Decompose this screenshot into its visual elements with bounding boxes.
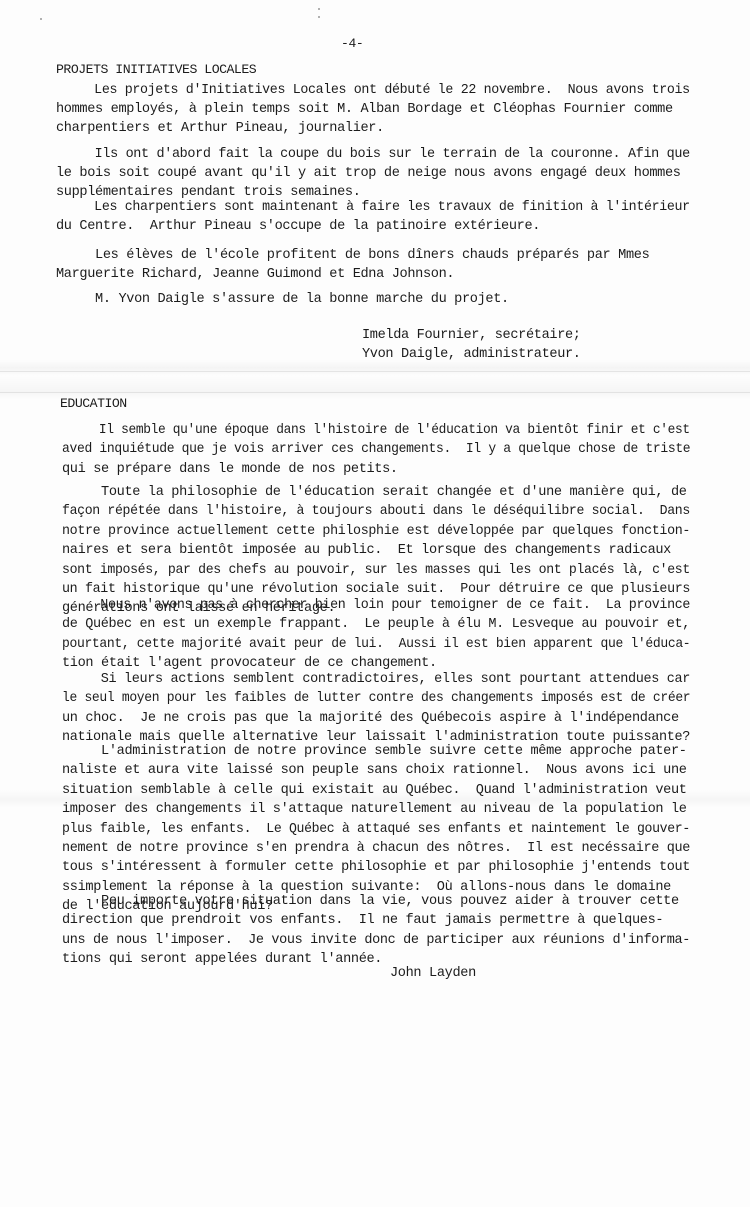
- section-heading: EDUCATION: [60, 396, 127, 412]
- paragraph-line: Il semble qu'une époque dans l'histoire …: [62, 423, 690, 439]
- signature-line: John Layden: [390, 966, 476, 982]
- paragraph-line: aved inquiétude que je vois arriver ces …: [62, 442, 690, 458]
- paragraph-line: supplémentaires pendant trois semaines.: [56, 185, 361, 201]
- paragraph-line: tion était l'agent provocateur de ce cha…: [62, 656, 437, 672]
- paragraph-line: le seul moyen pour les faibles de lutter…: [62, 691, 690, 707]
- paragraph-line: nement de notre province s'en prendra à …: [62, 841, 690, 857]
- paragraph-line: uns de nous l'imposer. Je vous invite do…: [62, 933, 690, 949]
- paragraph-line: un choc. Je ne crois pas que la majorité…: [62, 711, 679, 727]
- scan-speck: [318, 8, 320, 10]
- page-number: -4-: [341, 36, 363, 52]
- paragraph-line: direction que prendroit vos enfants. Il …: [62, 913, 663, 929]
- paragraph-line: sont imposés, par des chefs au pouvoir, …: [62, 563, 690, 579]
- paragraph-line: Peu importe votre situation dans la vie,…: [62, 894, 679, 910]
- paragraph-line: Si leurs actions semblent contradictoire…: [62, 672, 690, 688]
- paragraph-line: Les charpentiers sont maintenant à faire…: [56, 200, 690, 216]
- paragraph-line: Ils ont d'abord fait la coupe du bois su…: [56, 147, 690, 163]
- paper-fold: [0, 392, 750, 393]
- paragraph-line: qui se prépare dans le monde de nos peti…: [62, 462, 398, 478]
- paragraph-line: du Centre. Arthur Pineau s'occupe de la …: [56, 219, 540, 235]
- paragraph-line: Nous n'avons pas à chercher bien loin po…: [62, 598, 690, 614]
- paragraph-line: un fait historique qu'une révolution soc…: [62, 582, 690, 598]
- paragraph-line: le bois soit coupé avant qu'il y ait tro…: [56, 166, 681, 182]
- paragraph-line: pourtant, cette majorité avait peur de l…: [62, 637, 690, 653]
- paragraph-line: Marguerite Richard, Jeanne Guimond et Ed…: [56, 267, 454, 283]
- paper-fold: [0, 371, 750, 372]
- paragraph-line: de Québec en est un exemple frappant. Le…: [62, 617, 690, 633]
- paragraph-line: charpentiers et Arthur Pineau, journalie…: [56, 121, 384, 137]
- paragraph-line: M. Yvon Daigle s'assure de la bonne marc…: [56, 292, 509, 308]
- scan-speck: [318, 16, 320, 18]
- paragraph-line: plus faible, les enfants. Le Québec à at…: [62, 822, 690, 838]
- paragraph-line: situation semblable à celle qui existait…: [62, 783, 687, 799]
- scan-speck: [40, 18, 42, 20]
- paragraph-line: Les élèves de l'école profitent de bons …: [56, 248, 649, 264]
- paragraph-line: naires et sera bientôt imposée au public…: [62, 543, 671, 559]
- paragraph-line: façon répétée dans l'histoire, à toujour…: [62, 504, 690, 520]
- paragraph-line: imposer des changements il s'attaque nat…: [62, 802, 687, 818]
- signature-line: Imelda Fournier, secrétaire;: [362, 328, 581, 344]
- paragraph-line: tions qui seront appelées durant l'année…: [62, 952, 382, 968]
- section-heading: PROJETS INITIATIVES LOCALES: [56, 62, 256, 78]
- signature-line: Yvon Daigle, administrateur.: [362, 347, 581, 363]
- paragraph-line: Les projets d'Initiatives Locales ont dé…: [56, 83, 690, 99]
- paragraph-line: Toute la philosophie de l'éducation sera…: [62, 485, 687, 501]
- paragraph-line: tous s'intéressent à formuler cette phil…: [62, 860, 690, 876]
- paragraph-line: L'administration de notre province sembl…: [62, 744, 687, 760]
- paragraph-line: hommes employés, à plein temps soit M. A…: [56, 102, 673, 118]
- paragraph-line: naliste et aura vite laissé son peuple s…: [62, 763, 687, 779]
- paragraph-line: notre province actuellement cette philos…: [62, 524, 690, 540]
